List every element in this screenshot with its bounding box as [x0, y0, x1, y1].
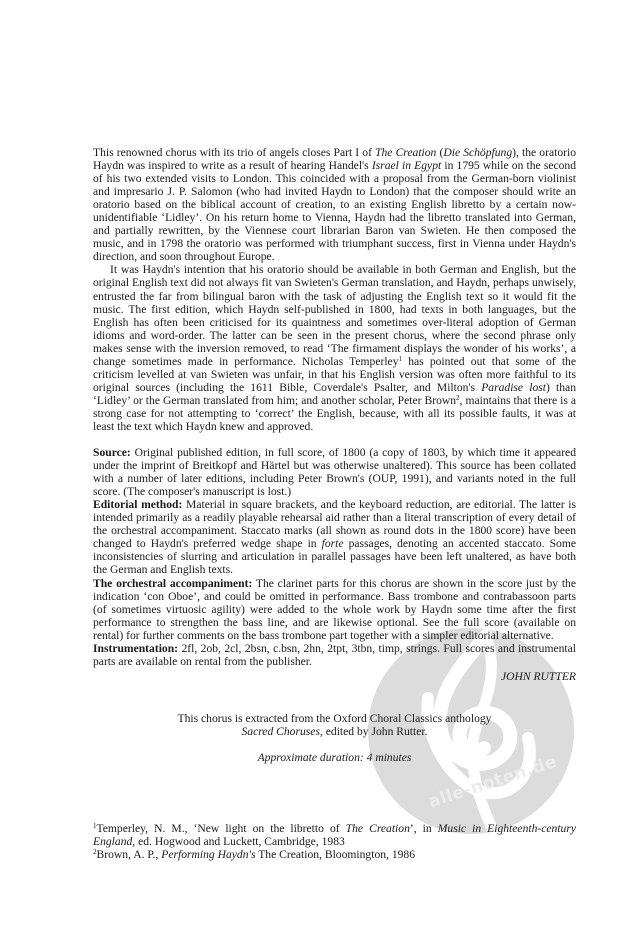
source-note: Source: Original published edition, in f…	[93, 446, 576, 498]
duration-note: Approximate duration: 4 minutes	[93, 751, 576, 764]
orchestral-label: The orchestral accompaniment:	[93, 577, 252, 590]
intro-paragraph-2: It was Haydn's intention that his orator…	[93, 263, 576, 433]
main-text: This renowned chorus with its trio of an…	[93, 146, 576, 764]
footnote-2: 2Brown, A. P., Performing Haydn's The Cr…	[93, 848, 576, 861]
author-signature: JOHN RUTTER	[93, 670, 576, 683]
editorial-note: Editorial method: Material in square bra…	[93, 498, 576, 576]
document-page: alle-noten.de This renowned chorus with …	[0, 0, 640, 927]
source-label: Source:	[93, 446, 131, 459]
orchestral-note: The orchestral accompaniment: The clarin…	[93, 577, 576, 642]
footnote-1: 1Temperley, N. M., ‘New light on the lib…	[93, 822, 576, 848]
extract-line-1: This chorus is extracted from the Oxford…	[93, 712, 576, 725]
instrumentation-label: Instrumentation:	[93, 642, 178, 655]
intro-paragraph-1: This renowned chorus with its trio of an…	[93, 146, 576, 263]
editorial-label: Editorial method:	[93, 498, 182, 511]
instrumentation-note: Instrumentation: 2fl, 2ob, 2cl, 2bsn, c.…	[93, 642, 576, 668]
extract-line-2: Sacred Choruses, edited by John Rutter.	[93, 725, 576, 738]
footnotes: 1Temperley, N. M., ‘New light on the lib…	[93, 822, 576, 861]
